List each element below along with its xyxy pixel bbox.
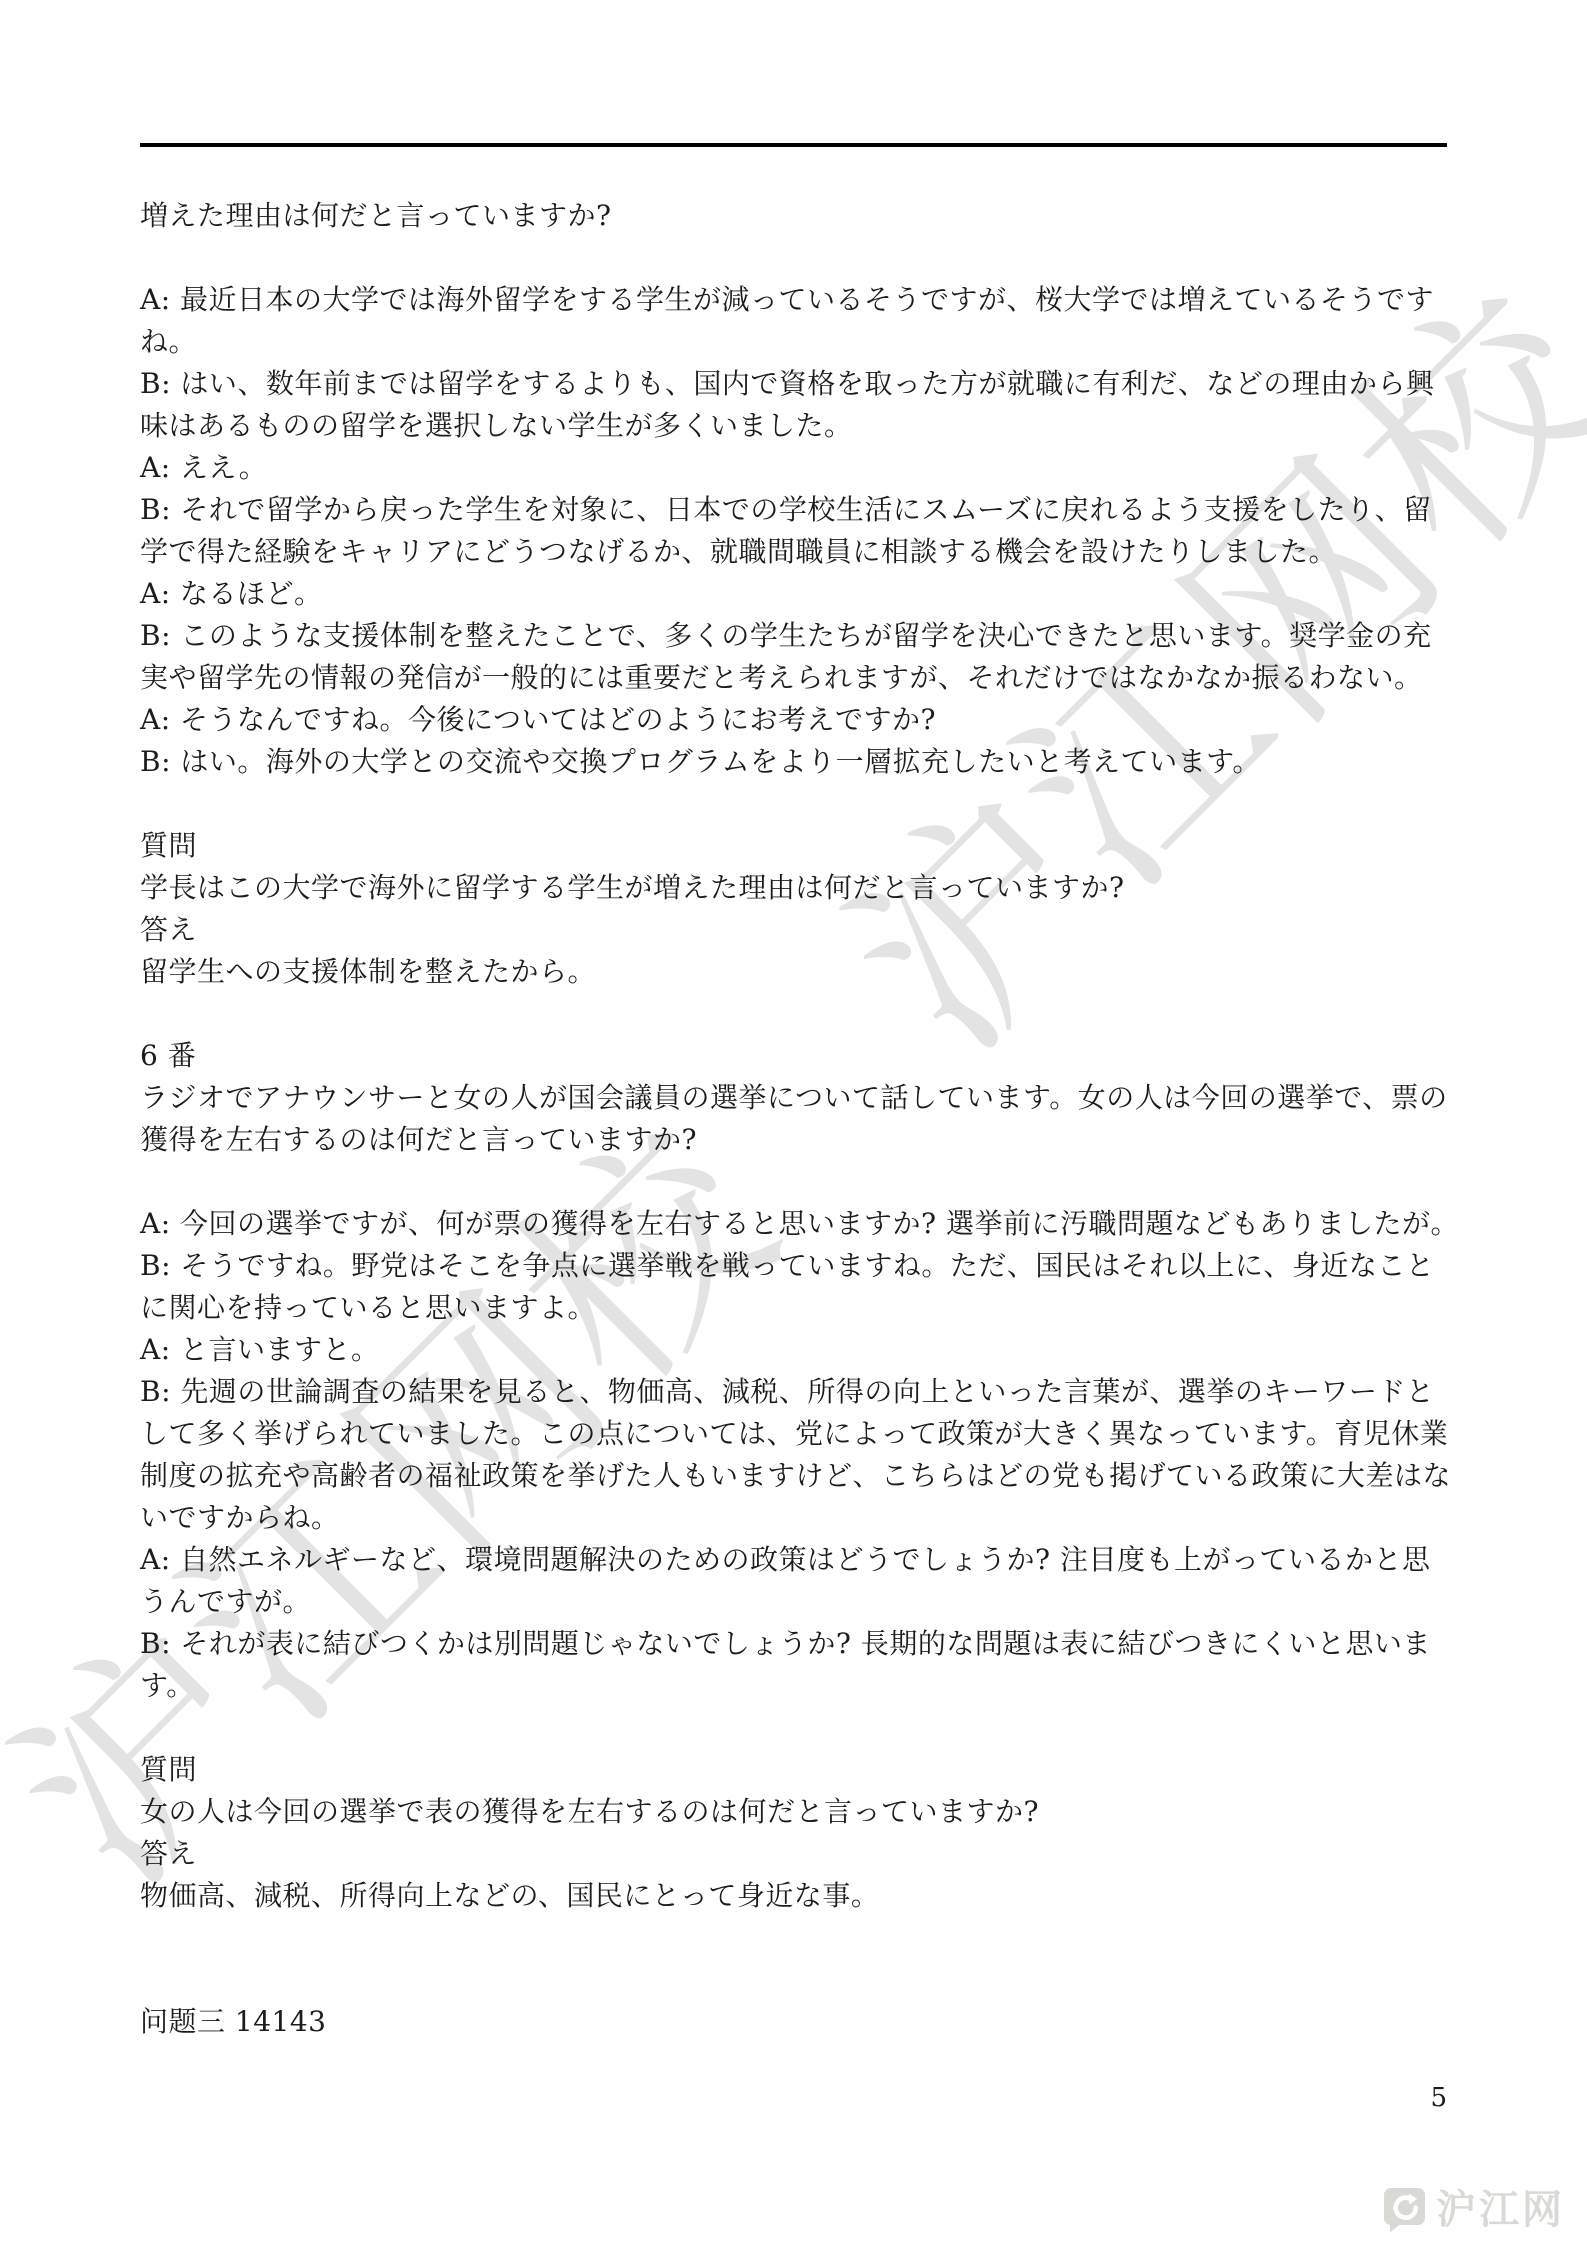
text-line: A: 自然エネルギーなど、環境問題解決のための政策はどうでしょうか? 注目度も上… bbox=[140, 1539, 1447, 1581]
brand-logo-icon bbox=[1382, 2186, 1427, 2233]
document-page: 沪江网校 沪江网校 増えた理由は何だと言っていますか?A: 最近日本の大学では海… bbox=[0, 0, 1587, 2245]
text-line: に関心を持っていると思いますよ。 bbox=[140, 1287, 1447, 1329]
text-line: 増えた理由は何だと言っていますか? bbox=[140, 195, 1447, 237]
blank-line bbox=[140, 1959, 1447, 2001]
text-line: A: と言いますと。 bbox=[140, 1329, 1447, 1371]
text-line: 質問 bbox=[140, 825, 1447, 867]
text-line: うんですが。 bbox=[140, 1581, 1447, 1623]
text-line: B: それで留学から戻った学生を対象に、日本での学校生活にスムーズに戻れるよう支… bbox=[140, 489, 1447, 531]
text-line: 制度の拡充や高齢者の福祉政策を挙げた人もいますけど、こちらはどの党も掲げている政… bbox=[140, 1455, 1447, 1497]
text-line: 女の人は今回の選挙で表の獲得を左右するのは何だと言っていますか? bbox=[140, 1791, 1447, 1833]
text-line: 実や留学先の情報の発信が一般的には重要だと考えられますが、それだけではなかなか振… bbox=[140, 657, 1447, 699]
text-line: A: そうなんですね。今後についてはどのようにお考えですか? bbox=[140, 699, 1447, 741]
text-line: B: 先週の世論調査の結果を見ると、物価高、減税、所得の向上といった言葉が、選挙… bbox=[140, 1371, 1447, 1413]
text-line: B: はい、数年前までは留学をするよりも、国内で資格を取った方が就職に有利だ、な… bbox=[140, 363, 1447, 405]
blank-line bbox=[140, 1707, 1447, 1749]
text-line: 答え bbox=[140, 1833, 1447, 1875]
header-rule bbox=[140, 143, 1447, 147]
blank-line bbox=[140, 237, 1447, 279]
text-line: B: それが表に結びつくかは別問題じゃないでしょうか? 長期的な問題は表に結びつ… bbox=[140, 1623, 1447, 1665]
text-line: B: はい。海外の大学との交流や交換プログラムをより一層拡充したいと考えています… bbox=[140, 741, 1447, 783]
text-line: 学で得た経験をキャリアにどうつなげるか、就職間職員に相談する機会を設けたりしまし… bbox=[140, 531, 1447, 573]
text-line: す。 bbox=[140, 1665, 1447, 1707]
text-line: 问题三 14143 bbox=[140, 2001, 1447, 2043]
blank-line bbox=[140, 1161, 1447, 1203]
text-line: 獲得を左右するのは何だと言っていますか? bbox=[140, 1119, 1447, 1161]
text-line: して多く挙げられていました。この点については、党によって政策が大きく異なっていま… bbox=[140, 1413, 1447, 1455]
text-line: 物価高、減税、所得向上などの、国民にとって身近な事。 bbox=[140, 1875, 1447, 1917]
blank-line bbox=[140, 1917, 1447, 1959]
blank-line bbox=[140, 783, 1447, 825]
document-body: 増えた理由は何だと言っていますか?A: 最近日本の大学では海外留学をする学生が減… bbox=[140, 195, 1447, 2043]
footer-brand: 沪江网 bbox=[1382, 2186, 1565, 2233]
text-line: 留学生への支援体制を整えたから。 bbox=[140, 951, 1447, 993]
text-line: A: 今回の選挙ですが、何が票の獲得を左右すると思いますか? 選挙前に汚職問題な… bbox=[140, 1203, 1447, 1245]
text-line: 学長はこの大学で海外に留学する学生が増えた理由は何だと言っていますか? bbox=[140, 867, 1447, 909]
text-line: 答え bbox=[140, 909, 1447, 951]
text-line: ラジオでアナウンサーと女の人が国会議員の選挙について話しています。女の人は今回の… bbox=[140, 1077, 1447, 1119]
text-line: A: 最近日本の大学では海外留学をする学生が減っているそうですが、桜大学では増え… bbox=[140, 279, 1447, 321]
page-number: 5 bbox=[140, 2083, 1459, 2113]
brand-logo-text: 沪江网 bbox=[1436, 2190, 1565, 2230]
text-line: 質問 bbox=[140, 1749, 1447, 1791]
text-line: 味はあるものの留学を選択しない学生が多くいました。 bbox=[140, 405, 1447, 447]
text-line: B: そうですね。野党はそこを争点に選挙戦を戦っていますね。ただ、国民はそれ以上… bbox=[140, 1245, 1447, 1287]
text-line: A: なるほど。 bbox=[140, 573, 1447, 615]
text-line: 6 番 bbox=[140, 1035, 1447, 1077]
text-line: いですからね。 bbox=[140, 1497, 1447, 1539]
blank-line bbox=[140, 993, 1447, 1035]
text-line: ね。 bbox=[140, 321, 1447, 363]
text-line: A: ええ。 bbox=[140, 447, 1447, 489]
text-line: B: このような支援体制を整えたことで、多くの学生たちが留学を決心できたと思いま… bbox=[140, 615, 1447, 657]
